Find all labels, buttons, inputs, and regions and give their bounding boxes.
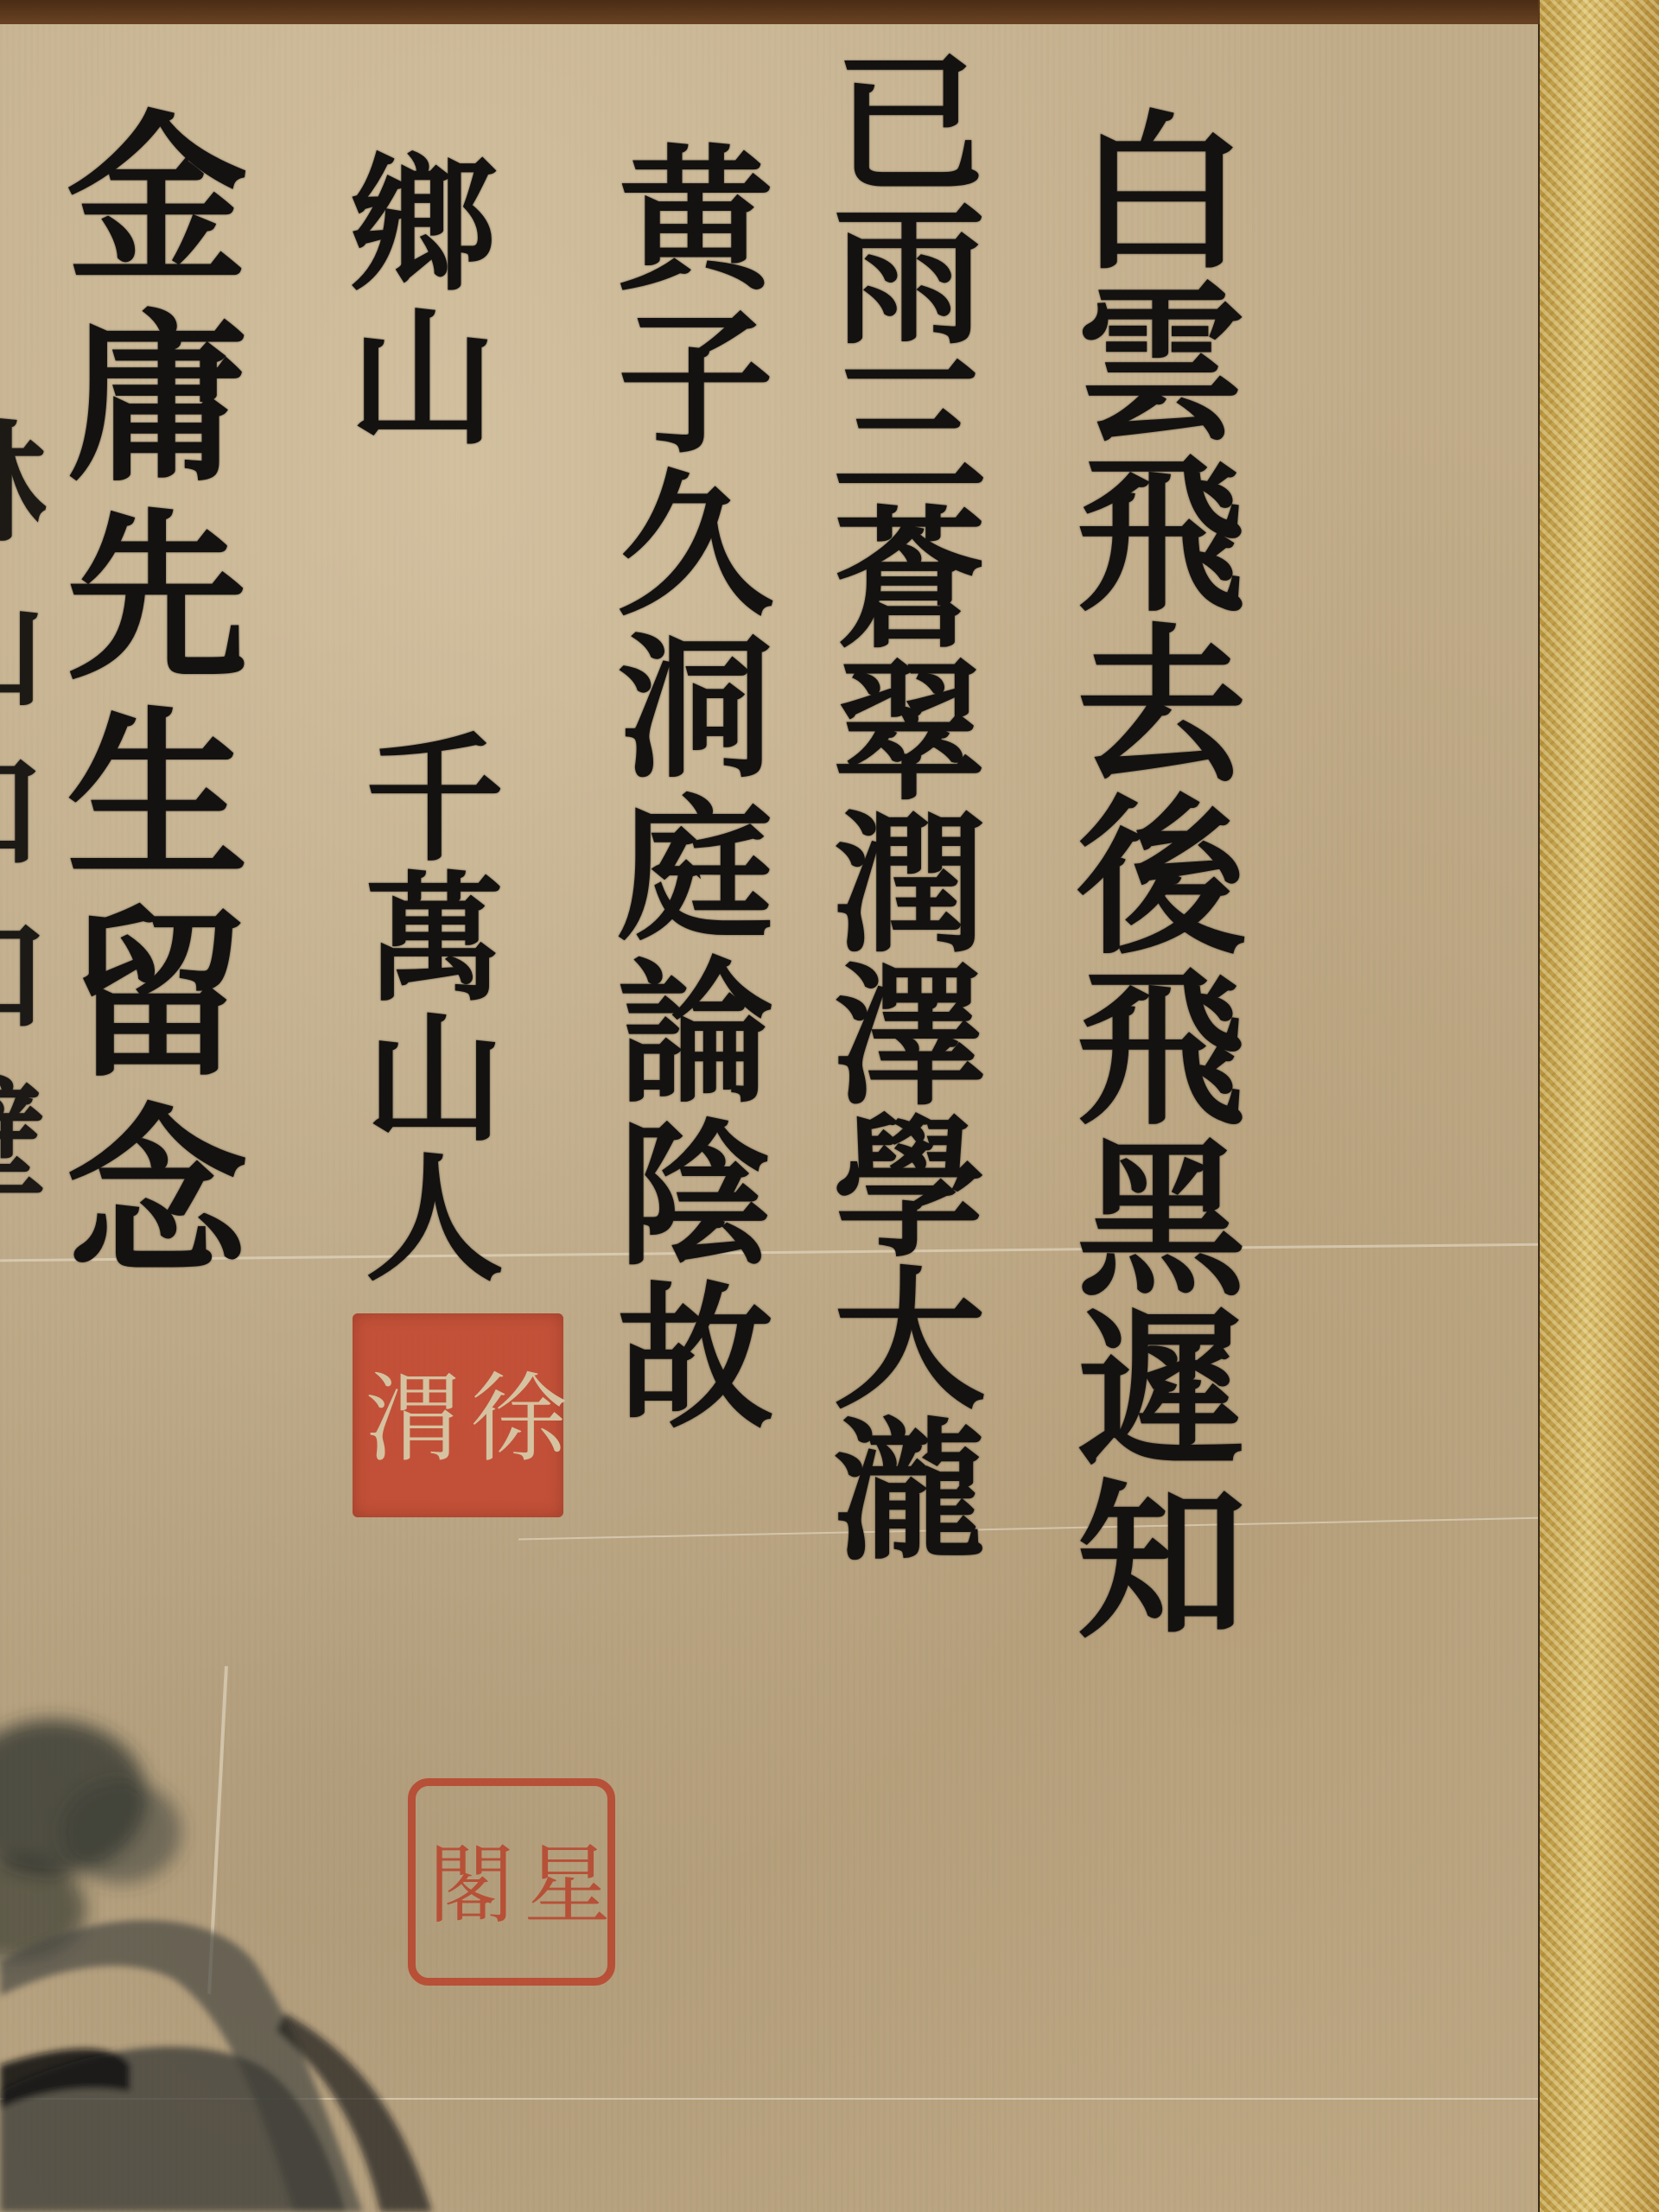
inscription-column-2: 已雨三蒼翠潤澤學大瀧 <box>821 43 973 1564</box>
partial-column-left-edge: 林山口如壁 <box>0 415 35 1236</box>
artist-name-seal: 徐 渭 <box>353 1313 563 1517</box>
seal-character: 渭 <box>353 1313 458 1517</box>
seal-character: 徐 <box>458 1313 563 1517</box>
ink-landscape-painting <box>0 1685 536 2212</box>
inscription-column-3: 黄子久洞庭論陰故 <box>605 138 760 1438</box>
dedication-column: 金庸先生留念 <box>52 104 233 1296</box>
silk-brocade-border <box>1540 0 1659 2212</box>
paper-crease <box>518 1517 1547 1541</box>
scroll-top-band <box>0 0 1538 26</box>
rock-contours <box>0 1920 432 2212</box>
inscription-column-1: 白雲飛去後飛黑遲知 <box>1063 104 1232 1643</box>
inscription-column-4: 鄉山 <box>337 147 484 454</box>
artist-signature: 千萬山人 <box>354 726 493 1286</box>
